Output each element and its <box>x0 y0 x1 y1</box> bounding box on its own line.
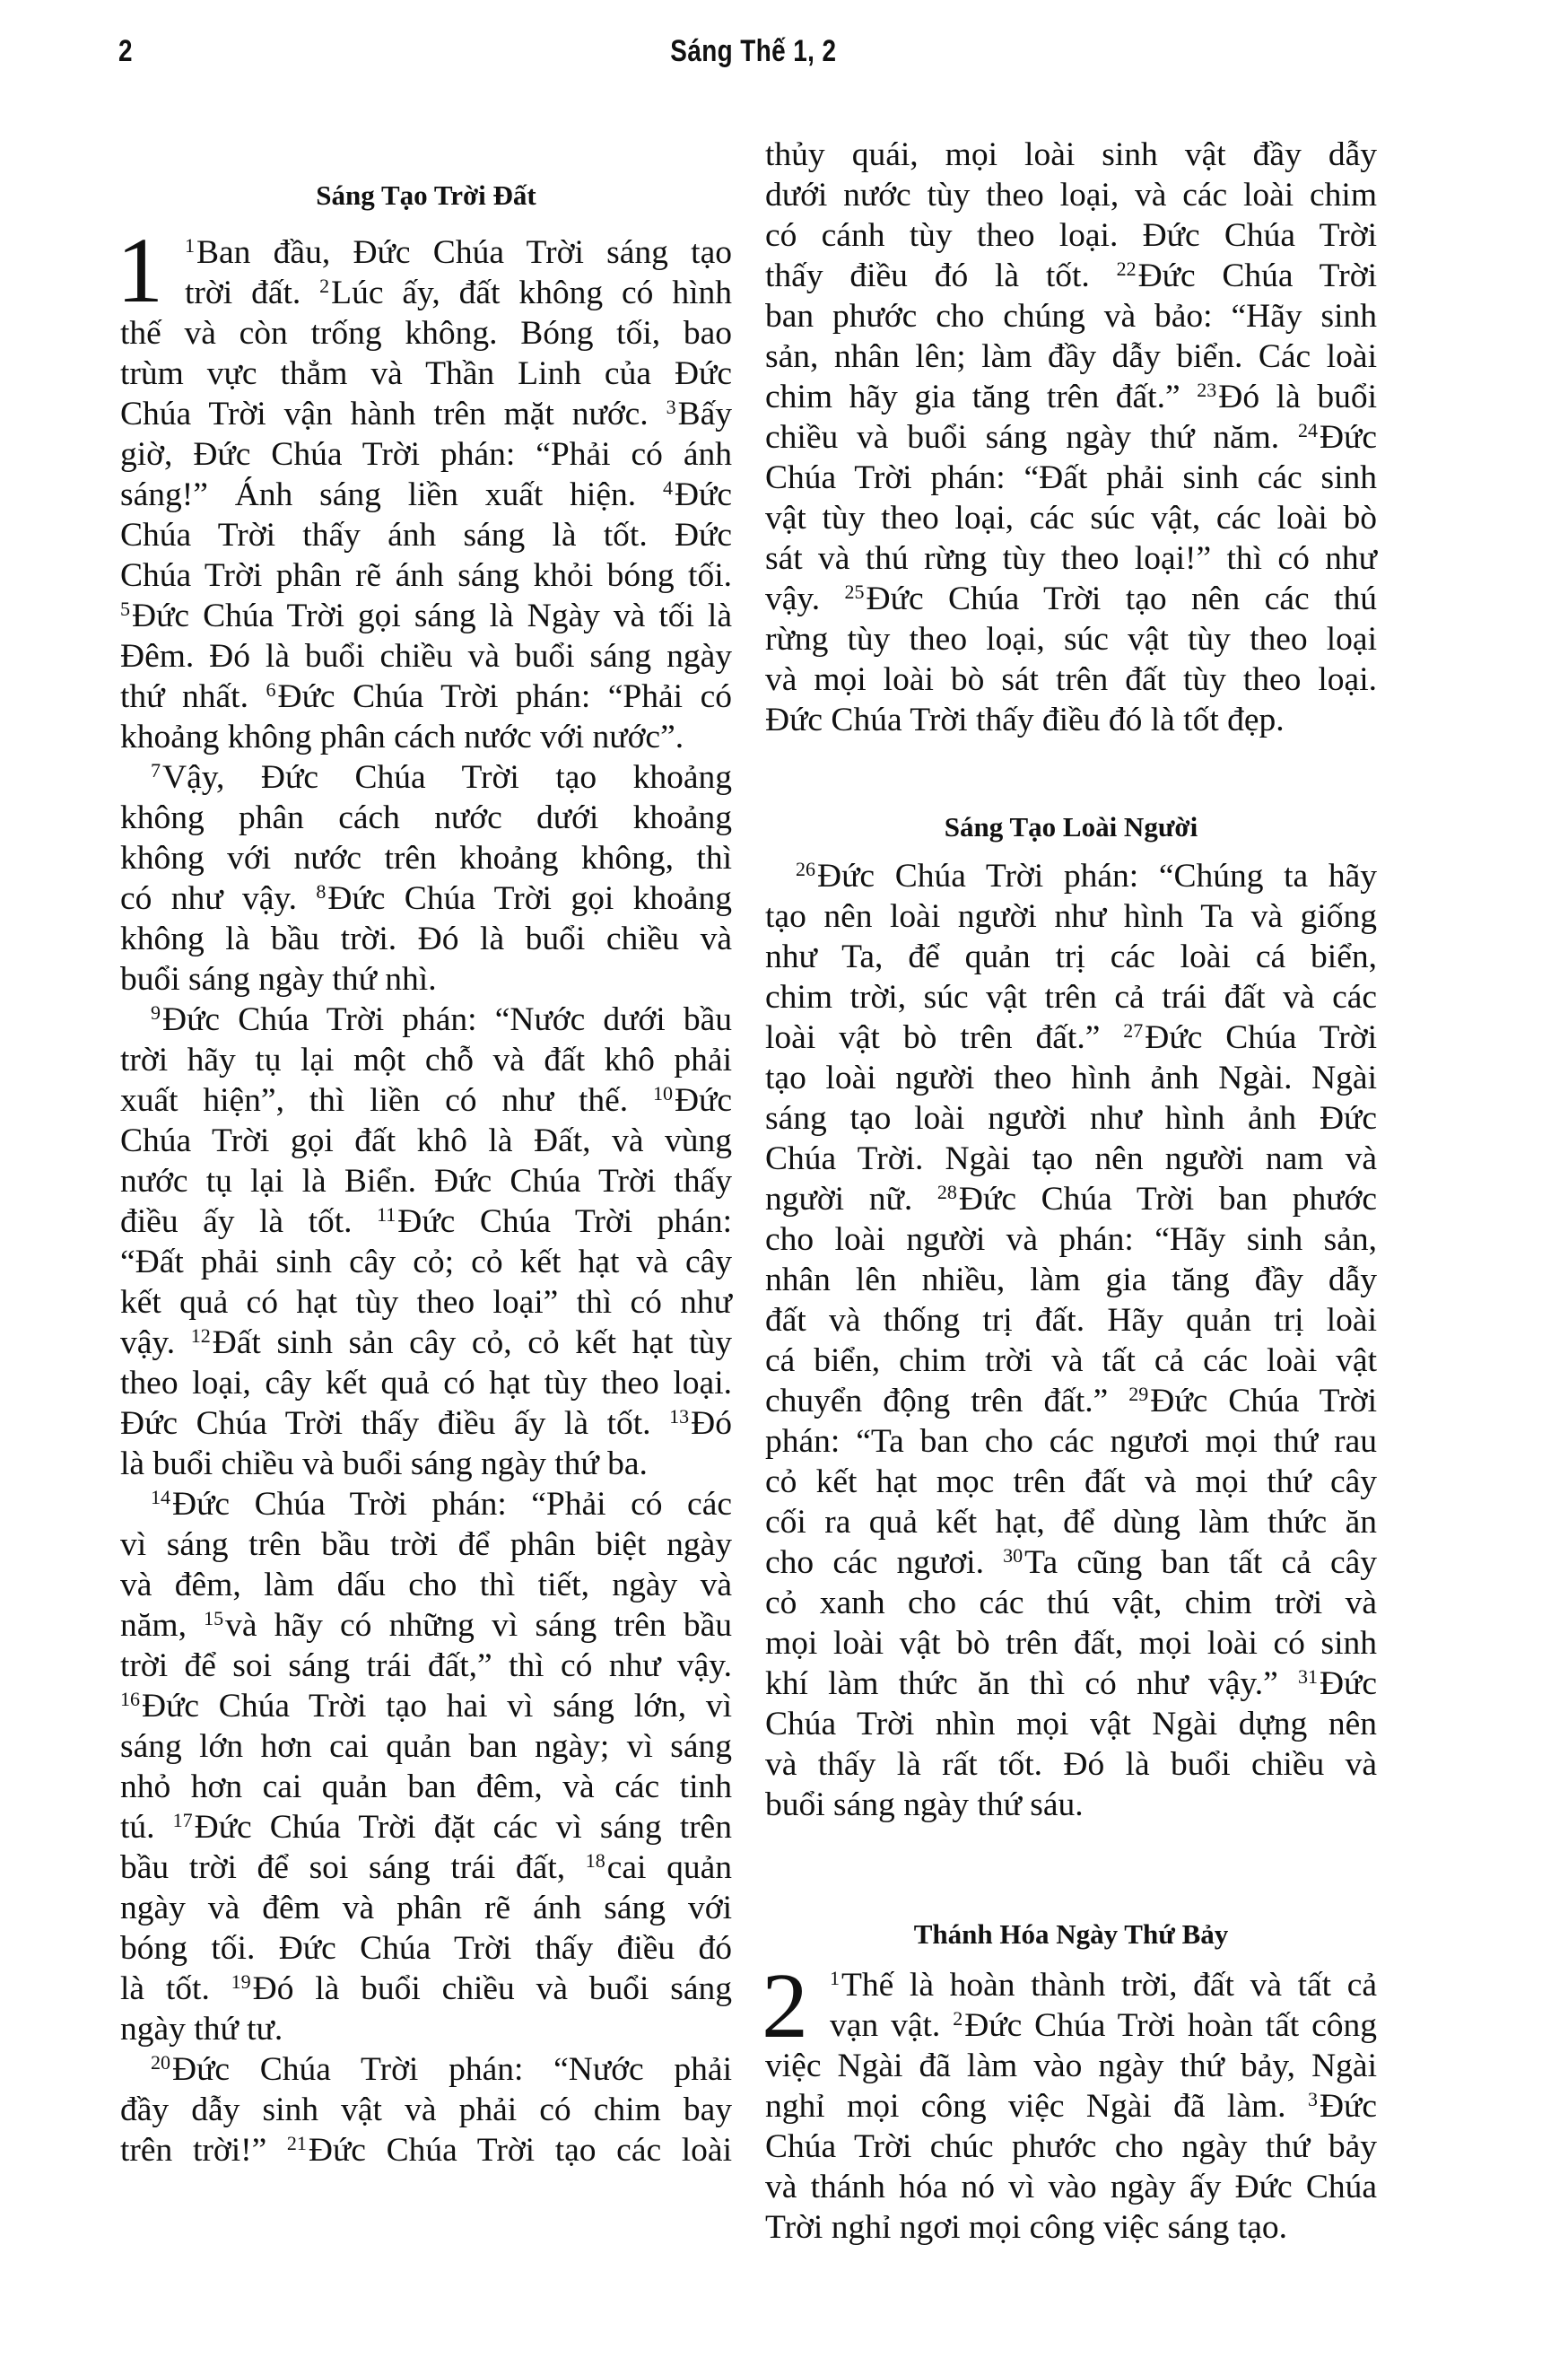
line-text: Chúa Trời phán: “Đất phải sinh các sinh <box>765 459 1377 496</box>
line-text: khí làm thức ăn thì có như vậy.” <box>765 1665 1298 1702</box>
text-line: là tốt. 19Đó là buổi chiều và buổi sáng <box>120 1969 732 2009</box>
line-text: vậy. <box>120 1324 191 1361</box>
verse-number: 26 <box>796 858 815 880</box>
line-text: Đức Chúa Trời <box>1150 1383 1377 1419</box>
verse-number: 27 <box>1123 1019 1143 1042</box>
line-text: Đêm. Đó là buổi chiều và buổi sáng ngày <box>120 638 732 675</box>
text-line: chim trời, súc vật trên cả trái đất và c… <box>765 977 1377 1017</box>
running-head: Sáng Thế 1, 2 <box>0 34 1507 69</box>
text-line: như Ta, để quản trị các loài cá biển, <box>765 937 1377 977</box>
text-line: 14Đức Chúa Trời phán: “Phải có các <box>120 1484 732 1524</box>
verse-number: 21 <box>287 2132 307 2154</box>
text-line: vì sáng trên bầu trời để phân biệt ngày <box>120 1524 732 1565</box>
line-text: thứ nhất. <box>120 678 266 715</box>
line-text: sát và thú rừng tùy theo loại!” thì có n… <box>765 540 1377 577</box>
line-text: Đó <box>691 1405 732 1442</box>
line-text: buổi sáng ngày thứ sáu. <box>765 1786 1084 1823</box>
line-text: Chúa Trời vận hành trên mặt nước. <box>120 396 666 432</box>
verse-number: 1 <box>185 234 195 257</box>
line-text: vậy. <box>765 581 845 617</box>
text-line: có như vậy. 8Đức Chúa Trời gọi khoảng <box>120 878 732 919</box>
line-text: khoảng không phân cách nước với nước”. <box>120 719 684 755</box>
line-text: Chúa Trời thấy ánh sáng là tốt. Đức <box>120 517 732 554</box>
line-text: Đức Chúa Trời gọi sáng là Ngày và tối là <box>132 598 732 634</box>
line-text: Đức Chúa Trời ban phước <box>959 1181 1377 1218</box>
text-line: Chúa Trời gọi đất khô là Đất, và vùng <box>120 1121 732 1161</box>
text-line: vậy. 25Đức Chúa Trời tạo nên các thú <box>765 579 1377 619</box>
line-text: nghỉ mọi công việc Ngài đã làm. <box>765 2088 1308 2125</box>
text-line: và mọi loài bò sát trên đất tùy theo loạ… <box>765 659 1377 700</box>
line-text: nước tụ lại là Biển. Đức Chúa Trời thấy <box>120 1163 732 1200</box>
verse-number: 15 <box>204 1607 223 1629</box>
text-line: cá biển, chim trời và tất cả các loài vậ… <box>765 1341 1377 1381</box>
text-line: nước tụ lại là Biển. Đức Chúa Trời thấy <box>120 1161 732 1201</box>
section-heading-seventh-day: Thánh Hóa Ngày Thứ Bảy <box>765 1917 1377 1952</box>
line-text: Đức Chúa Trời phán: “Chúng ta hãy <box>817 858 1377 895</box>
line-text: nhân lên nhiều, làm gia tăng đầy dẫy <box>765 1262 1377 1298</box>
line-text: và hãy có những vì sáng trên bầu <box>225 1607 732 1644</box>
text-line: trên trời!” 21Đức Chúa Trời tạo các loài <box>120 2130 732 2170</box>
text-line: dưới nước tùy theo loại, và các loài chi… <box>765 175 1377 215</box>
text-line: cối ra quả kết hạt, để dùng làm thức ăn <box>765 1502 1377 1542</box>
text-line: Chúa Trời chúc phước cho ngày thứ bảy <box>765 2127 1377 2167</box>
text-line: chim hãy gia tăng trên đất.” 23Đó là buổ… <box>765 377 1377 417</box>
line-text: Đức Chúa Trời đặt các vì sáng trên <box>195 1809 732 1846</box>
running-head-text: Sáng Thế 1, 2 <box>670 34 836 69</box>
text-line: cỏ xanh cho các thú vật, chim trời và <box>765 1583 1377 1623</box>
text-line: tạo nên loài người như hình Ta và giống <box>765 896 1377 937</box>
line-text: trời đất. <box>185 275 319 311</box>
line-text: việc Ngài đã làm vào ngày thứ bảy, Ngài <box>765 2048 1377 2084</box>
line-text: tạo nên loài người như hình Ta và giống <box>765 898 1377 935</box>
text-line: Chúa Trời thấy ánh sáng là tốt. Đức <box>120 515 732 555</box>
line-text: thấy điều đó là tốt. <box>765 258 1117 294</box>
verse-number: 16 <box>120 1688 140 1710</box>
line-text: sáng lớn hơn cai quản ban ngày; vì sáng <box>120 1728 732 1765</box>
line-text: xuất hiện”, thì liền có như thế. <box>120 1082 653 1119</box>
verse-number: 22 <box>1117 258 1137 280</box>
line-text: giờ, Đức Chúa Trời phán: “Phải có ánh <box>120 436 732 473</box>
line-text: cá biển, chim trời và tất cả các loài vậ… <box>765 1342 1377 1379</box>
text-line: bóng tối. Đức Chúa Trời thấy điều đó <box>120 1928 732 1969</box>
text-line: Chúa Trời phán: “Đất phải sinh các sinh <box>765 458 1377 498</box>
text-line: sản, nhân lên; làm đầy dẫy biển. Các loà… <box>765 336 1377 377</box>
line-text: vì sáng trên bầu trời để phân biệt ngày <box>120 1526 732 1563</box>
line-text: trùm vực thẳm và Thần Linh của Đức <box>120 355 732 392</box>
line-text: đất và thống trị đất. Hãy quản trị loài <box>765 1302 1377 1339</box>
text-line: và thấy là rất tốt. Đó là buổi chiều và <box>765 1744 1377 1785</box>
text-line: vạn vật. 2Đức Chúa Trời hoàn tất công <box>765 2005 1377 2046</box>
line-text: Đức Chúa Trời phán: “Phải có các <box>172 1486 732 1523</box>
verse-number: 31 <box>1298 1665 1318 1688</box>
line-text: Đức Chúa Trời thấy điều ấy là tốt. <box>120 1405 669 1442</box>
line-text: Đức <box>675 476 732 513</box>
text-line: buổi sáng ngày thứ nhì. <box>120 959 732 1000</box>
text-line: Đức Chúa Trời thấy điều đó là tốt đẹp. <box>765 700 1377 740</box>
line-text: vật tùy theo loại, các súc vật, các loài… <box>765 500 1377 537</box>
line-text: Đức <box>1320 419 1377 456</box>
line-text: Đức Chúa Trời <box>1138 258 1377 294</box>
verse-number: 2 <box>319 275 329 297</box>
text-line: người nữ. 28Đức Chúa Trời ban phước <box>765 1179 1377 1219</box>
line-text: Chúa Trời chúc phước cho ngày thứ bảy <box>765 2128 1377 2165</box>
line-text: Đức Chúa Trời phán: <box>397 1203 732 1240</box>
text-line: khoảng không phân cách nước với nước”. <box>120 717 732 757</box>
line-text: sáng!” Ánh sáng liền xuất hiện. <box>120 476 663 513</box>
verse-number: 2 <box>953 2007 963 2030</box>
text-line: khí làm thức ăn thì có như vậy.” 31Đức <box>765 1664 1377 1704</box>
verse-number: 24 <box>1298 419 1318 441</box>
line-text: kết quả có hạt tùy theo loại” thì có như <box>120 1284 732 1321</box>
line-text: Chúa Trời phân rẽ ánh sáng khỏi bóng tối… <box>120 557 732 594</box>
line-text: theo loại, cây kết quả có hạt tùy theo l… <box>120 1365 732 1402</box>
text-line: cỏ kết hạt mọc trên đất và mọi thứ cây <box>765 1462 1377 1502</box>
line-text: bầu trời để soi sáng trái đất, <box>120 1849 586 1886</box>
line-text: Thế là hoàn thành trời, đất và tất cả <box>841 1967 1377 2004</box>
line-text: sản, nhân lên; làm đầy dẫy biển. Các loà… <box>765 338 1377 375</box>
line-text: Đức Chúa Trời tạo nên các thú <box>867 581 1377 617</box>
line-text: là tốt. <box>120 1970 231 2007</box>
verse-number: 10 <box>653 1082 673 1105</box>
text-line: 20Đức Chúa Trời phán: “Nước phải <box>120 2049 732 2090</box>
text-line: chuyển động trên đất.” 29Đức Chúa Trời <box>765 1381 1377 1421</box>
text-line: xuất hiện”, thì liền có như thế. 10Đức <box>120 1080 732 1121</box>
line-text: và mọi loài bò sát trên đất tùy theo loạ… <box>765 661 1377 698</box>
text-line: ban phước cho chúng và bảo: “Hãy sinh <box>765 296 1377 336</box>
line-text: Đức Chúa Trời phán: “Phải có <box>278 678 733 715</box>
line-text: Ban đầu, Đức Chúa Trời sáng tạo <box>196 234 732 271</box>
text-line: chiều và buổi sáng ngày thứ năm. 24Đức <box>765 417 1377 458</box>
verse-number: 1 <box>830 1967 840 1989</box>
text-line: Chúa Trời vận hành trên mặt nước. 3Bấy <box>120 394 732 434</box>
text-line: không với nước trên khoảng không, thì <box>120 838 732 878</box>
line-text: ngày thứ tư. <box>120 2011 283 2048</box>
line-text: Đức <box>1320 2088 1377 2125</box>
text-line: sát và thú rừng tùy theo loại!” thì có n… <box>765 538 1377 579</box>
text-line: năm, 15và hãy có những vì sáng trên bầu <box>120 1605 732 1646</box>
line-text: Đức <box>1320 1665 1377 1702</box>
verse-number: 19 <box>231 1970 251 1993</box>
section-heading-creation: Sáng Tạo Trời Đất <box>120 178 732 214</box>
line-text: phán: “Ta ban cho các ngươi mọi thứ rau <box>765 1423 1377 1460</box>
text-line: Đêm. Đó là buổi chiều và buổi sáng ngày <box>120 636 732 677</box>
text-line: không là bầu trời. Đó là buổi chiều và <box>120 919 732 959</box>
verse-number: 20 <box>151 2051 170 2074</box>
line-text: cai quản <box>607 1849 732 1886</box>
text-line: cho các ngươi. 30Ta cũng ban tất cả cây <box>765 1542 1377 1583</box>
line-text: Đức Chúa Trời phán: “Nước dưới bầu <box>162 1001 732 1038</box>
line-text: người nữ. <box>765 1181 937 1218</box>
verse-number: 28 <box>937 1181 957 1203</box>
text-line: Trời nghỉ ngơi mọi công việc sáng tạo. <box>765 2207 1377 2248</box>
line-text: rừng tùy theo loại, súc vật tùy theo loạ… <box>765 621 1377 658</box>
line-text: Đức <box>675 1082 732 1119</box>
text-line: điều ấy là tốt. 11Đức Chúa Trời phán: <box>120 1201 732 1242</box>
verse-number: 25 <box>845 581 865 603</box>
text-line: và đêm, làm dấu cho thì tiết, ngày và <box>120 1565 732 1605</box>
text-line: Chúa Trời phân rẽ ánh sáng khỏi bóng tối… <box>120 555 732 596</box>
line-text: không phân cách nước dưới khoảng <box>120 799 732 836</box>
text-line: nhân lên nhiều, làm gia tăng đầy dẫy <box>765 1260 1377 1300</box>
text-line: tú. 17Đức Chúa Trời đặt các vì sáng trên <box>120 1807 732 1847</box>
text-line: giờ, Đức Chúa Trời phán: “Phải có ánh <box>120 434 732 475</box>
text-line: vật tùy theo loại, các súc vật, các loài… <box>765 498 1377 538</box>
verse-number: 17 <box>173 1809 193 1831</box>
text-line: Chúa Trời nhìn mọi vật Ngài dựng nên <box>765 1704 1377 1744</box>
text-line: kết quả có hạt tùy theo loại” thì có như <box>120 1282 732 1323</box>
line-text: sáng tạo loài người như hình ảnh Đức <box>765 1100 1377 1137</box>
line-text: chuyển động trên đất.” <box>765 1383 1128 1419</box>
text-line: nghỉ mọi công việc Ngài đã làm. 3Đức <box>765 2086 1377 2127</box>
text-line: thủy quái, mọi loài sinh vật đầy dẫy <box>765 135 1377 175</box>
text-line: việc Ngài đã làm vào ngày thứ bảy, Ngài <box>765 2046 1377 2086</box>
text-line: và thánh hóa nó vì vào ngày ấy Đức Chúa <box>765 2167 1377 2207</box>
text-line: thế và còn trống không. Bóng tối, bao <box>120 313 732 354</box>
line-text: chim trời, súc vật trên cả trái đất và c… <box>765 979 1377 1016</box>
verse-number: 14 <box>151 1486 170 1508</box>
verse-number: 5 <box>120 598 130 620</box>
line-text: Đất sinh sản cây cỏ, cỏ kết hạt tùy <box>213 1324 732 1361</box>
text-line: bầu trời để soi sáng trái đất, 18cai quả… <box>120 1847 732 1888</box>
line-text: trời hãy tụ lại một chỗ và đất khô phải <box>120 1042 732 1079</box>
verse-number: 11 <box>377 1203 396 1226</box>
line-text: Đức Chúa Trời tạo hai vì sáng lớn, vì <box>142 1688 732 1725</box>
text-line: Chúa Trời. Ngài tạo nên người nam và <box>765 1139 1377 1179</box>
text-line: tạo loài người theo hình ảnh Ngài. Ngài <box>765 1058 1377 1098</box>
verse-number: 30 <box>1003 1544 1023 1567</box>
line-text: Trời nghỉ ngơi mọi công việc sáng tạo. <box>765 2209 1287 2246</box>
line-text: cối ra quả kết hạt, để dùng làm thức ăn <box>765 1504 1377 1541</box>
line-text: Đức Chúa Trời <box>1145 1019 1377 1056</box>
verse-number: 23 <box>1197 379 1216 401</box>
line-text: Đức Chúa Trời thấy điều đó là tốt đẹp. <box>765 702 1285 738</box>
line-text: và thấy là rất tốt. Đó là buổi chiều và <box>765 1746 1377 1783</box>
line-text: buổi sáng ngày thứ nhì. <box>120 961 437 998</box>
section-heading-humanity: Sáng Tạo Loài Người <box>765 809 1377 845</box>
line-text: chim hãy gia tăng trên đất.” <box>765 379 1197 415</box>
text-line: 16Đức Chúa Trời tạo hai vì sáng lớn, vì <box>120 1686 732 1726</box>
text-line: ngày và đêm và phân rẽ ánh sáng với <box>120 1888 732 1928</box>
text-line: ngày thứ tư. <box>120 2009 732 2049</box>
text-line: rừng tùy theo loại, súc vật tùy theo loạ… <box>765 619 1377 659</box>
text-line: có cánh tùy theo loại. Đức Chúa Trời <box>765 215 1377 256</box>
text-line: Đức Chúa Trời thấy điều ấy là tốt. 13Đó <box>120 1403 732 1444</box>
text-line: mọi loài vật bò trên đất, mọi loài có si… <box>765 1623 1377 1664</box>
text-line: sáng!” Ánh sáng liền xuất hiện. 4Đức <box>120 475 732 515</box>
text-line: “Đất phải sinh cây cỏ; cỏ kết hạt và cây <box>120 1242 732 1282</box>
verse-number: 7 <box>151 759 161 782</box>
text-line: thấy điều đó là tốt. 22Đức Chúa Trời <box>765 256 1377 296</box>
text-line: nhỏ hơn cai quản ban đêm, và các tinh <box>120 1767 732 1807</box>
verse-number: 3 <box>1308 2088 1318 2110</box>
line-text: thế và còn trống không. Bóng tối, bao <box>120 315 732 352</box>
line-text: vạn vật. <box>830 2007 953 2044</box>
line-text: Đức Chúa Trời gọi khoảng <box>327 880 732 917</box>
line-text: như Ta, để quản trị các loài cá biển, <box>765 939 1377 975</box>
text-line: buổi sáng ngày thứ sáu. <box>765 1785 1377 1825</box>
line-text: Chúa Trời. Ngài tạo nên người nam và <box>765 1140 1377 1177</box>
line-text: loài vật bò trên đất.” <box>765 1019 1123 1056</box>
line-text: cỏ xanh cho các thú vật, chim trời và <box>765 1585 1377 1621</box>
verse-number: 13 <box>669 1405 689 1428</box>
line-text: có cánh tùy theo loại. Đức Chúa Trời <box>765 217 1377 254</box>
line-text: chiều và buổi sáng ngày thứ năm. <box>765 419 1298 456</box>
line-text: Đó là buổi chiều và buổi sáng <box>253 1970 732 2007</box>
text-line: trời hãy tụ lại một chỗ và đất khô phải <box>120 1040 732 1080</box>
text-line: đầy dẫy sinh vật và phải có chim bay <box>120 2090 732 2130</box>
line-text: ban phước cho chúng và bảo: “Hãy sinh <box>765 298 1377 335</box>
text-line: sáng lớn hơn cai quản ban ngày; vì sáng <box>120 1726 732 1767</box>
line-text: không là bầu trời. Đó là buổi chiều và <box>120 921 732 957</box>
line-text: Chúa Trời gọi đất khô là Đất, và vùng <box>120 1122 732 1159</box>
text-line: đất và thống trị đất. Hãy quản trị loài <box>765 1300 1377 1341</box>
verse-number: 8 <box>316 880 326 903</box>
line-text: Đức Chúa Trời tạo các loài <box>309 2132 732 2169</box>
text-line: theo loại, cây kết quả có hạt tùy theo l… <box>120 1363 732 1403</box>
verse-number: 29 <box>1128 1383 1148 1405</box>
line-text: trên trời!” <box>120 2132 287 2169</box>
text-line: phán: “Ta ban cho các ngươi mọi thứ rau <box>765 1421 1377 1462</box>
line-text: năm, <box>120 1607 204 1644</box>
line-text: bóng tối. Đức Chúa Trời thấy điều đó <box>120 1930 732 1967</box>
line-text: cỏ kết hạt mọc trên đất và mọi thứ cây <box>765 1463 1377 1500</box>
text-line: 1Ban đầu, Đức Chúa Trời sáng tạo <box>120 232 732 273</box>
text-line: 26Đức Chúa Trời phán: “Chúng ta hãy <box>765 856 1377 896</box>
text-line: sáng tạo loài người như hình ảnh Đức <box>765 1098 1377 1139</box>
text-line: 5Đức Chúa Trời gọi sáng là Ngày và tối l… <box>120 596 732 636</box>
line-text: mọi loài vật bò trên đất, mọi loài có si… <box>765 1625 1377 1662</box>
line-text: Ta cũng ban tất cả cây <box>1024 1544 1377 1581</box>
line-text: Chúa Trời nhìn mọi vật Ngài dựng nên <box>765 1706 1377 1742</box>
line-text: cho loài người và phán: “Hãy sinh sản, <box>765 1221 1377 1258</box>
line-text: điều ấy là tốt. <box>120 1203 377 1240</box>
verse-number: 6 <box>266 678 276 701</box>
line-text: Đức Chúa Trời phán: “Nước phải <box>172 2051 732 2088</box>
verse-number: 18 <box>586 1849 605 1872</box>
text-line: 1Thế là hoàn thành trời, đất và tất cả <box>765 1965 1377 2005</box>
text-line: vậy. 12Đất sinh sản cây cỏ, cỏ kết hạt t… <box>120 1323 732 1363</box>
line-text: Bấy <box>678 396 732 432</box>
text-line: là buổi chiều và buổi sáng ngày thứ ba. <box>120 1444 732 1484</box>
line-text: Đức Chúa Trời hoàn tất công <box>964 2007 1377 2044</box>
text-line: không phân cách nước dưới khoảng <box>120 798 732 838</box>
line-text: nhỏ hơn cai quản ban đêm, và các tinh <box>120 1768 732 1805</box>
text-line: 7Vậy, Đức Chúa Trời tạo khoảng <box>120 757 732 798</box>
text-line: loài vật bò trên đất.” 27Đức Chúa Trời <box>765 1017 1377 1058</box>
line-text: “Đất phải sinh cây cỏ; cỏ kết hạt và cây <box>120 1244 732 1280</box>
line-text: dưới nước tùy theo loại, và các loài chi… <box>765 177 1377 214</box>
line-text: và thánh hóa nó vì vào ngày ấy Đức Chúa <box>765 2169 1377 2205</box>
line-text: tạo loài người theo hình ảnh Ngài. Ngài <box>765 1060 1377 1096</box>
verse-number: 12 <box>191 1324 211 1347</box>
line-text: Lúc ấy, đất không có hình <box>331 275 732 311</box>
line-text: ngày và đêm và phân rẽ ánh sáng với <box>120 1890 732 1926</box>
line-text: là buổi chiều và buổi sáng ngày thứ ba. <box>120 1445 648 1482</box>
line-text: tú. <box>120 1809 173 1846</box>
text-line: trời để soi sáng trái đất,” thì có như v… <box>120 1646 732 1686</box>
line-text: Vậy, Đức Chúa Trời tạo khoảng <box>162 759 732 796</box>
text-line: 9Đức Chúa Trời phán: “Nước dưới bầu <box>120 1000 732 1040</box>
text-line: thứ nhất. 6Đức Chúa Trời phán: “Phải có <box>120 677 732 717</box>
verse-number: 3 <box>666 396 676 418</box>
verse-number: 9 <box>151 1001 161 1024</box>
line-text: không với nước trên khoảng không, thì <box>120 840 732 877</box>
line-text: trời để soi sáng trái đất,” thì có như v… <box>120 1647 732 1684</box>
line-text: Đó là buổi <box>1218 379 1377 415</box>
text-line: cho loài người và phán: “Hãy sinh sản, <box>765 1219 1377 1260</box>
line-text: đầy dẫy sinh vật và phải có chim bay <box>120 2092 732 2128</box>
text-line: trùm vực thẳm và Thần Linh của Đức <box>120 354 732 394</box>
line-text: có như vậy. <box>120 880 316 917</box>
line-text: cho các ngươi. <box>765 1544 1003 1581</box>
line-text: thủy quái, mọi loài sinh vật đầy dẫy <box>765 136 1377 173</box>
verse-number: 4 <box>663 476 673 499</box>
line-text: và đêm, làm dấu cho thì tiết, ngày và <box>120 1567 732 1603</box>
text-line: trời đất. 2Lúc ấy, đất không có hình <box>120 273 732 313</box>
